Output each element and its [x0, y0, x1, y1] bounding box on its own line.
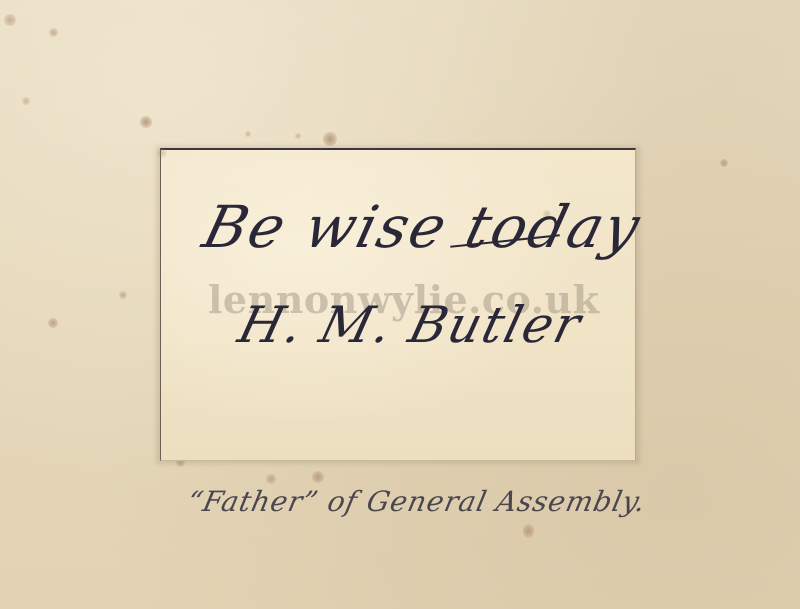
foxing-spot	[266, 474, 276, 484]
album-page: lennonwylie.co.uk Be wise today H. M. Bu…	[0, 0, 800, 609]
foxing-spot	[49, 28, 58, 37]
foxing-spot	[48, 318, 58, 328]
foxing-spot	[157, 148, 167, 158]
foxing-spot	[245, 131, 251, 137]
handwritten-caption: “Father” of General Assembly.	[185, 488, 648, 516]
foxing-spot	[4, 14, 16, 26]
handwritten-signature: H. M. Butler	[234, 300, 587, 350]
handwritten-motto: Be wise today	[198, 198, 647, 256]
foxing-spot	[312, 471, 324, 483]
foxing-spot	[22, 97, 30, 105]
foxing-spot	[119, 291, 127, 299]
foxing-spot	[720, 159, 728, 167]
foxing-spot	[523, 524, 534, 538]
foxing-spot	[140, 116, 152, 128]
foxing-spot	[323, 132, 337, 146]
foxing-spot	[295, 133, 301, 139]
